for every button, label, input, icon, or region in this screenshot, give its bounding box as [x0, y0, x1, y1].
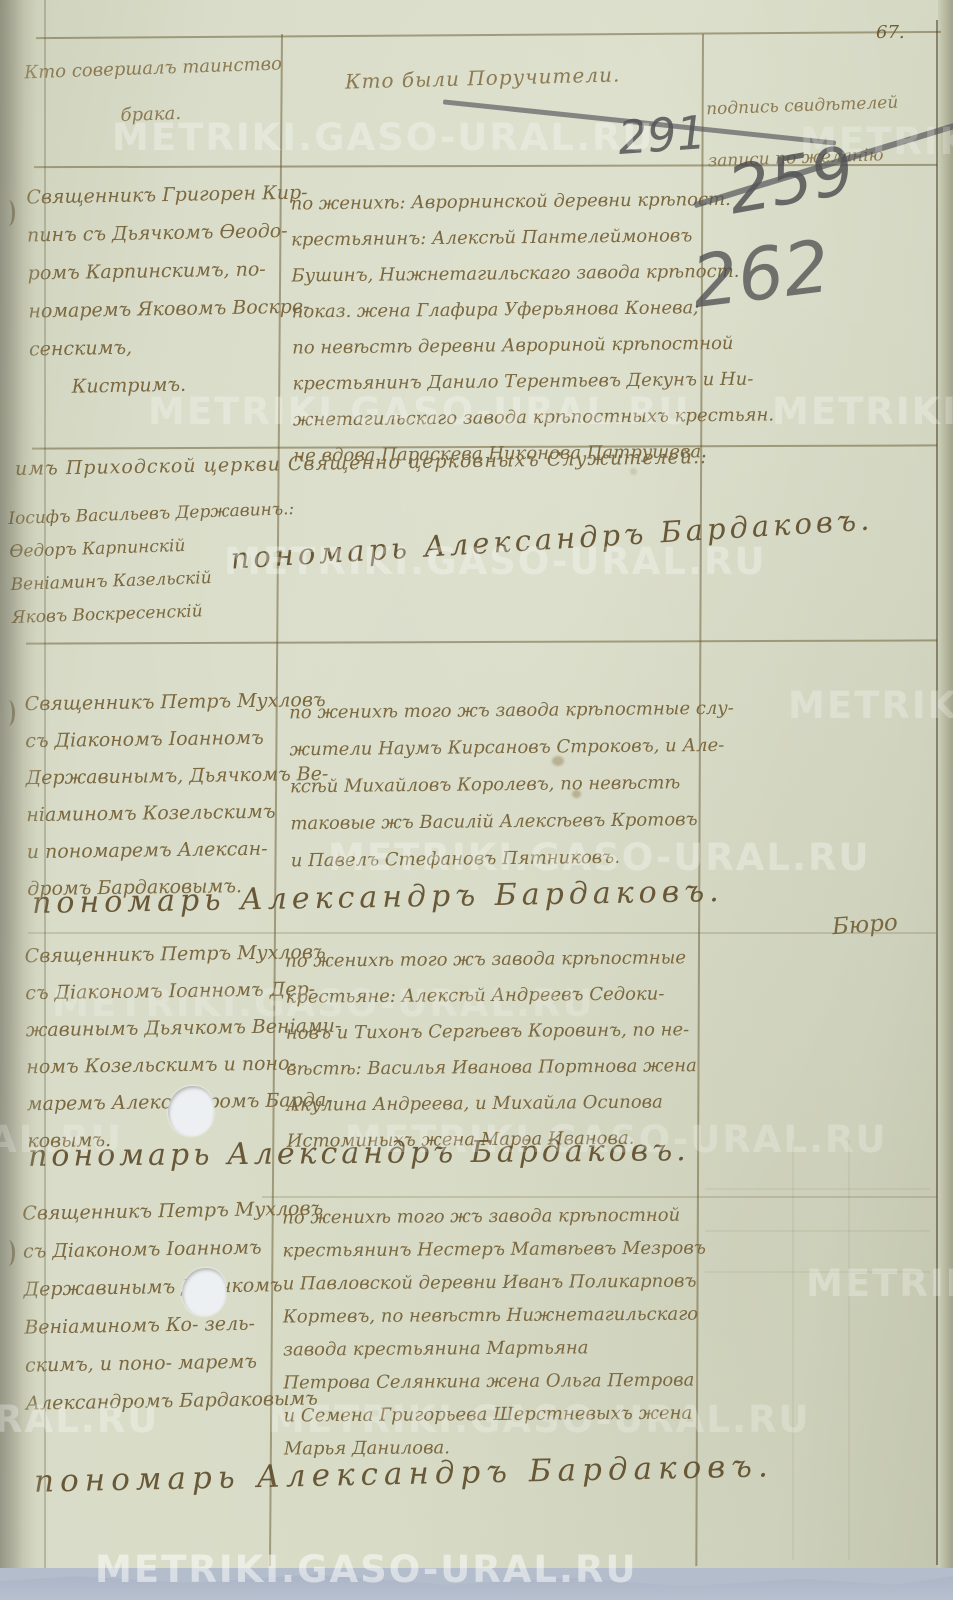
handwritten-line: съ Діакономъ Іоанномъ: [23, 1227, 325, 1270]
watermark: METRIKI.GASO-URAL.RU: [148, 390, 691, 433]
handwritten-line: крестьянинъ Нестеръ Матвѣевъ Мезровъ: [282, 1232, 706, 1268]
cut-off-text-fragment: [2, 1240, 15, 1266]
cut-off-text-fragment: [2, 200, 15, 226]
handwritten-line: ніаминомъ Козельскимъ: [26, 793, 329, 834]
ghost-rule: [705, 1188, 930, 1190]
cut-off-text-fragment: [2, 700, 15, 726]
ghost-rule: [792, 1140, 794, 1560]
handwritten-line: сенскимъ,: [29, 326, 311, 369]
watermark: METRIKI.GASO-URAL.RU: [224, 540, 767, 583]
page-crease: [44, 0, 46, 1568]
header-col1-line1: Кто совершалъ таинство: [23, 42, 274, 97]
handwritten-line: по женихѣ того жъ завода крѣпостные слу-: [289, 690, 734, 732]
handwritten-line: и пономаремъ Алексан-: [27, 830, 330, 871]
handwritten-line: по женихѣ того жъ завода крѣпостные: [285, 940, 696, 980]
handwritten-line: Священникъ Петръ Мухловъ: [22, 1189, 324, 1232]
watermark: METRIKI.GASO-URAL.RU: [52, 982, 595, 1025]
margin-note: Бюро: [831, 910, 898, 941]
handwritten-line: Державинымъ, Дьячкомъ Ве-: [25, 756, 328, 797]
watermark: METRIKI.GASO-URAL.RU: [345, 1118, 888, 1161]
handwritten-line: по женихѣ того жъ завода крѣпостной: [282, 1199, 706, 1235]
handwritten-line: вѣстѣ: Василья Иванова Портнова жена: [286, 1048, 697, 1088]
record3-clergy: Священникъ Петръ Мухловъ съ Діакономъ Іо…: [24, 682, 330, 908]
paper-hole: [182, 1268, 226, 1316]
record5-clergy: Священникъ Петръ Мухловъ съ Діакономъ Іо…: [22, 1189, 327, 1422]
handwritten-line: Державинымъ Дьячкомъ: [23, 1265, 325, 1308]
scanned-page: Кто совершалъ таинство брака. Кто были П…: [0, 0, 953, 1600]
watermark: METRIKI.GASO-URAL.RU: [328, 836, 871, 879]
page-right-edge-line: [936, 20, 938, 1565]
watermark: METRIKI.: [800, 120, 953, 163]
page-right-edge: [938, 0, 953, 1568]
record1-clergy: Священникъ Григорен Кир- пинъ съ Дьячком…: [26, 174, 311, 407]
watermark: METRIKI.GASO-URAL.RU: [95, 1548, 638, 1591]
handwritten-line: Священникъ Григорен Кир-: [26, 174, 308, 217]
ghost-rule: [705, 1230, 930, 1232]
handwritten-line: Петрова Селянкина жена Ольга Петрова: [283, 1364, 707, 1400]
watermark: METRIKI.GASO-URAL.RU: [112, 116, 655, 159]
handwritten-line: ромъ Карпинскимъ, по-: [27, 250, 309, 293]
ink-stain: [572, 790, 581, 798]
handwritten-line: жители Наумъ Кирсановъ Строковъ, и Але-: [289, 727, 734, 769]
ghost-rule: [848, 1140, 850, 1560]
watermark: AL.RU: [0, 1118, 123, 1161]
handwritten-line: Веніаминомъ Ко- зель-: [24, 1303, 326, 1346]
handwritten-line: и Павловской деревни Иванъ Поликарповъ: [283, 1265, 707, 1301]
handwritten-line: номаремъ Яковомъ Воскре-: [28, 288, 310, 331]
handwritten-line: ксѣй Михайловъ Королевъ, по невѣстѣ: [290, 764, 735, 806]
handwritten-line: скимъ, и поно- маремъ: [25, 1341, 327, 1384]
handwritten-line: пинъ съ Дьячкомъ Ѳеодо-: [27, 212, 309, 255]
paper-hole: [168, 1086, 214, 1136]
row-rule-3: [28, 932, 936, 934]
ink-stain: [630, 468, 637, 475]
watermark: RAL.RU: [0, 1398, 159, 1441]
watermark: METRIKI.: [772, 390, 953, 433]
watermark: METRIKI.: [806, 1262, 953, 1305]
handwritten-line: завода крестьянина Мартьяна: [283, 1331, 707, 1367]
handwritten-line: Кортевъ, по невѣстѣ Нижнетагильскаго: [283, 1298, 707, 1334]
row-rule-4: [262, 1196, 937, 1198]
pencil-number-262: 262: [687, 224, 834, 324]
handwritten-line: Священникъ Петръ Мухловъ: [24, 682, 327, 723]
watermark: METRIKI.GASO-URAL.RU: [268, 1398, 811, 1441]
watermark: METRIKI.: [788, 684, 953, 727]
ink-stain: [552, 756, 564, 766]
folio-number: 67.: [876, 22, 905, 43]
handwritten-line: по невѣстѣ деревни Аврориной крѣпостной: [292, 325, 774, 366]
handwritten-line: съ Діакономъ Іоанномъ: [25, 719, 328, 760]
